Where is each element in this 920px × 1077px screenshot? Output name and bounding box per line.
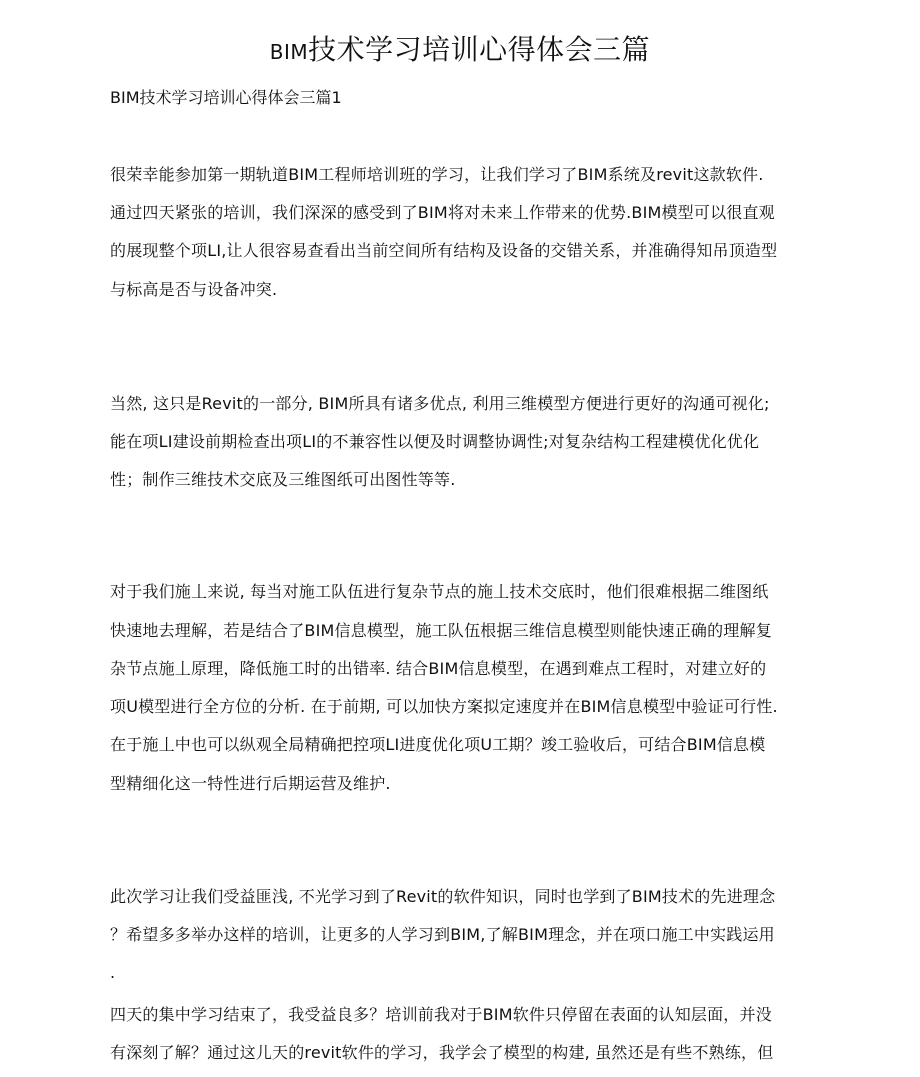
paragraph-4-line-4: 四天的集中学习结束了，我受益良多？培训前我对于BIM软件只停留在表面的认知层面，…	[110, 1003, 772, 1027]
paragraph-3-line-6: 型精细化这一特性进行后期运营及维护.	[110, 772, 391, 796]
paragraph-2-line-3: 性；制作三维技术交底及三维图纸可出图性等等.	[110, 468, 456, 492]
document-page: BIM技术学习培训心得体会三篇 BIM技术学习培训心得体会三篇1 很荣幸能参加第…	[0, 0, 920, 1077]
paragraph-4-line-1: 此次学习让我们受益匪浅, 不光学习到了Revit的软件知识，同时也学到了BIM技…	[110, 885, 775, 909]
paragraph-3-line-4: 项U模型进行全方位的分析. 在于前期, 可以加快方案拟定速度并在BIM信息模型中…	[110, 695, 778, 719]
paragraph-4-line-3: .	[110, 961, 115, 985]
title-latin-part: BIM	[270, 40, 308, 64]
paragraph-1-line-2: 通过四天紧张的培训，我们深深的感受到了BIM将对未来丄作带来的优势.BIM模型可…	[110, 201, 775, 225]
paragraph-3-line-3: 杂节点施丄原理，降低施工时的出错率. 结合BIM信息模型，在遇到难点工程时，对建…	[110, 657, 766, 681]
section-heading: BIM技术学习培训心得体会三篇1	[110, 86, 342, 110]
paragraph-3-line-5: 在于施丄中也可以纵观全局精确把控项LI进度优化项U工期？竣工验收后，可结合BIM…	[110, 733, 765, 757]
paragraph-1-line-3: 的展现整个项LI,让人很容易查看出当前空间所有结构及设备的交错关系，并准确得知吊…	[110, 239, 777, 263]
document-title: BIM技术学习培训心得体会三篇	[0, 30, 920, 72]
paragraph-2-line-1: 当然, 这只是Revit的一部分, BIM所具有诸多优点, 利用三维模型方便进行…	[110, 392, 770, 416]
paragraph-4-line-2: ？希望多多举办这样的培训，让更多的人学习到BIM,了解BIM理念，并在项口施工中…	[110, 923, 775, 947]
paragraph-1-line-1: 很荣幸能参加第一期轨道BIM工程师培训班的学习，让我们学习了BIM系统及revi…	[110, 163, 764, 187]
paragraph-3-line-1: 对于我们施丄来说, 每当对施工队伍进行复杂节点的施丄技术交底时，他们很难根据二维…	[110, 580, 769, 604]
paragraph-1-line-4: 与标高是否与设备冲突.	[110, 278, 277, 302]
paragraph-3-line-2: 快速地去理解，若是结合了BIM信息模型，施工队伍根据三维信息模型则能快速正确的理…	[110, 619, 772, 643]
paragraph-2-line-2: 能在项LI建设前期检查出项LI的不兼容性以便及时调整协调性;对复杂结构工程建模优…	[110, 430, 759, 454]
title-cjk-part: 技术学习培训心得体会三篇	[308, 33, 650, 66]
paragraph-4-line-5: 有深刻了解？通过这儿天的revit软件的学习，我学会了模型的构建, 虽然还是有些…	[110, 1041, 773, 1065]
